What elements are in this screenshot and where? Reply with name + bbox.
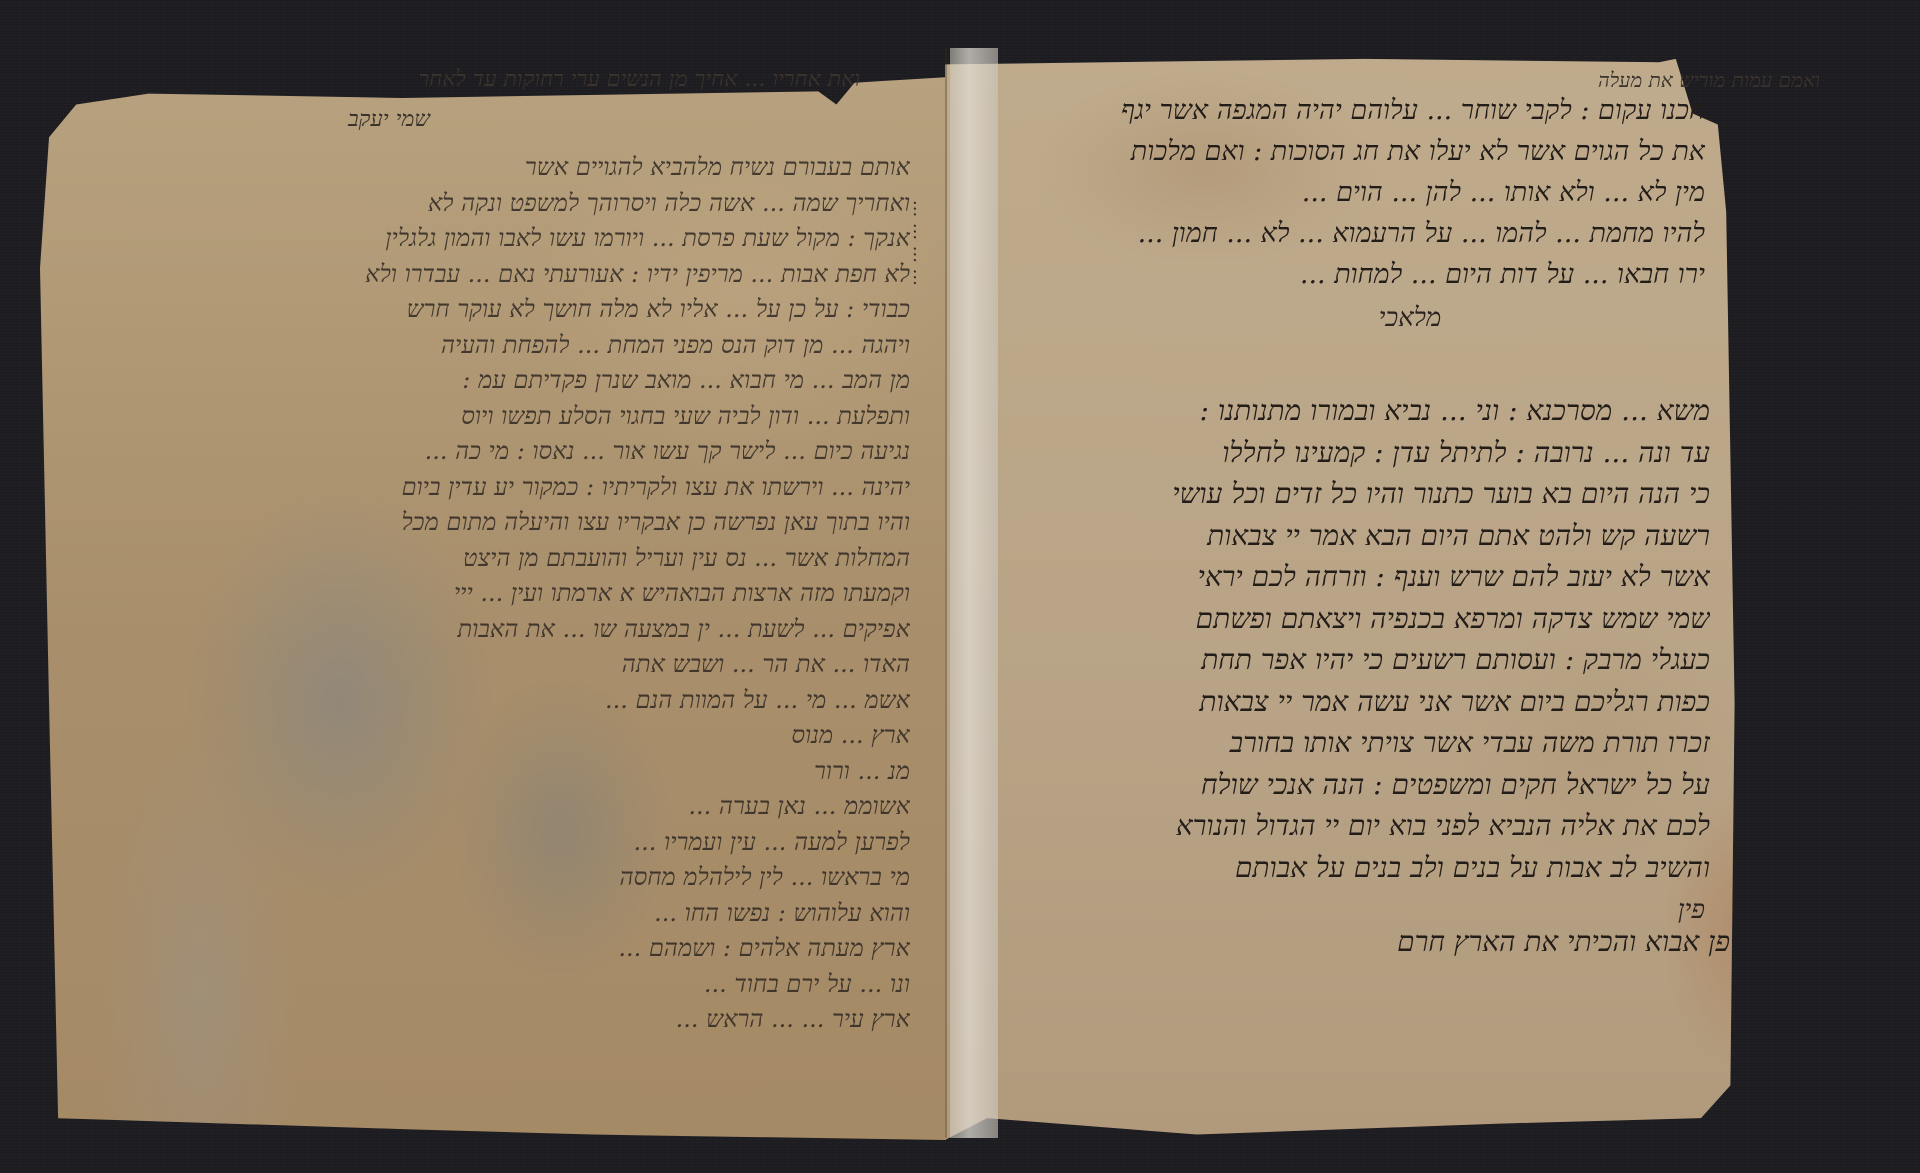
margin-catchword: פין xyxy=(1665,895,1705,925)
text-line: כי הנה היום בא בוער כתנור והיו כל זדים ו… xyxy=(1030,473,1710,515)
text-line: האדו ... את הר ... ושבש אתה xyxy=(120,647,910,683)
text-line: יהינה ... וירשתו את עצו ולקריתיו : כמקור… xyxy=(120,470,910,506)
text-line: ירו חבאו ... על דות היום ... למחות ... xyxy=(1035,254,1705,295)
text-line: ויהגה ... מן דוק הנס מפני המחת ... להפחת… xyxy=(120,328,910,364)
text-line: חכנו עקום : לקבי שוחר ... עלוהם יהיה המג… xyxy=(1035,90,1705,131)
text-line: ארץ מעתה אלהים : ושמהם ... xyxy=(120,931,910,967)
text-line: מן המב ... מי חבוא ... מואב שנרן פקדיתם … xyxy=(120,363,910,399)
text-line: זכרו תורת משה עבדי אשר צויתי אותו בחורב xyxy=(1030,722,1710,764)
text-line: אשוממ ... נאן בערה ... xyxy=(120,789,910,825)
text-line: שמי יעקב xyxy=(80,100,860,140)
book-subheading: מלאכי xyxy=(1350,303,1470,333)
text-line: ותפלעת ... ודון לביה שעי בחגוי הסלע תפשו… xyxy=(120,399,910,435)
text-line: שמי שמש צדקה ומרפא בכנפיה ויצאתם ופשתם xyxy=(1030,598,1710,640)
text-line: והוא עלוהוש : נפשו החו ... xyxy=(120,896,910,932)
spine-repair-tape xyxy=(950,48,998,1138)
text-line: רשעה קש ולהט אתם היום הבא אמר יי צבאות xyxy=(1030,515,1710,557)
text-line: לא חפת אבות ... מריפין ידיו : אעורעתי נא… xyxy=(120,257,910,293)
closing-line: פן אבוא והכיתי את הארץ חרם xyxy=(1030,925,1730,959)
text-line: ואת אחריו ... אחיך מן הנשים ערי רחוקות ע… xyxy=(80,60,860,100)
text-line: לפרען למעה ... עין ועמריו ... xyxy=(120,825,910,861)
text-line: אשמ ... מי ... על המוות הנם ... xyxy=(120,683,910,719)
text-line: אשר לא יעזב להם שרש וענף : וזרחה לכם ירא… xyxy=(1030,556,1710,598)
text-line: על כל ישראל חקים ומשפטים : הנה אנכי שולח xyxy=(1030,764,1710,806)
text-line: ונו ... על ירם בחוד ... xyxy=(120,967,910,1003)
left-page-header: ואת אחריו ... אחיך מן הנשים ערי רחוקות ע… xyxy=(80,60,860,140)
left-page-body: אותם בעבורם נשיח מלהביא להגויים אשר ואחר… xyxy=(120,150,910,1038)
right-page-main-block: משא ... מסרכנא : וני ... נביא ובמורו מתנ… xyxy=(1030,390,1710,888)
text-line: ארץ עיר ... ... הראש ... xyxy=(120,1002,910,1038)
text-line: כעגלי מרבק : ועסותם רשעים כי יהיו אפר תח… xyxy=(1030,639,1710,681)
text-line: מנ ... ורור xyxy=(120,754,910,790)
text-line: ארץ ... מנוס xyxy=(120,718,910,754)
text-line: משא ... מסרכנא : וני ... נביא ובמורו מתנ… xyxy=(1030,390,1710,432)
text-line: אפיקים ... לשעת ... ין במצעה שו ... את ה… xyxy=(120,612,910,648)
text-line: אנקך : מקול שעת פרסת ... ויורמו עשו לאבו… xyxy=(120,221,910,257)
right-page-top-block: חכנו עקום : לקבי שוחר ... עלוהם יהיה המג… xyxy=(1035,90,1705,295)
text-line: לכם את אליה הנביא לפני בוא יום יי הגדול … xyxy=(1030,805,1710,847)
fold-crease xyxy=(945,48,947,1138)
text-line: עד ונה ... נרובה : לתיתל עדן : קמעינו לח… xyxy=(1030,432,1710,474)
text-line: להיו מחמת ... להמו ... על הרעמוא ... לא … xyxy=(1035,213,1705,254)
text-line: וקמעתו מזה ארצות הבואהיש א ארמתו ועין ..… xyxy=(120,576,910,612)
text-line: ואחריך שמה ... אשה כלה ויסרוהך למשפט ונק… xyxy=(120,186,910,222)
text-line: את כל הגוים אשר לא יעלו את חג הסוכות : ו… xyxy=(1035,131,1705,172)
text-line: המחלות אשר ... נס עין ועריל והועבתם מן ה… xyxy=(120,541,910,577)
text-line: מי בראשו ... לין לילהלמ מחסה xyxy=(120,860,910,896)
text-line: כבודי : על כן על ... אליו לא מלה חושך לא… xyxy=(120,292,910,328)
text-line: והשיב לב אבות על בנים ולב בנים על אבותם xyxy=(1030,847,1710,889)
text-line: מין לא ... ולא אותו ... להן ... הוים ... xyxy=(1035,172,1705,213)
margin-vertical-text: ... ... ... ... xyxy=(900,200,930,960)
text-line: אותם בעבורם נשיח מלהביא להגויים אשר xyxy=(120,150,910,186)
text-line: כפות רגליכם ביום אשר אני עשה אמר יי צבאו… xyxy=(1030,681,1710,723)
text-line: והיו בתוך עאן נפרשה כן אבקריו עצו והיעלה… xyxy=(120,505,910,541)
text-line: נגיעה כיום ... לישר קך עשו אור ... נאסו … xyxy=(120,434,910,470)
